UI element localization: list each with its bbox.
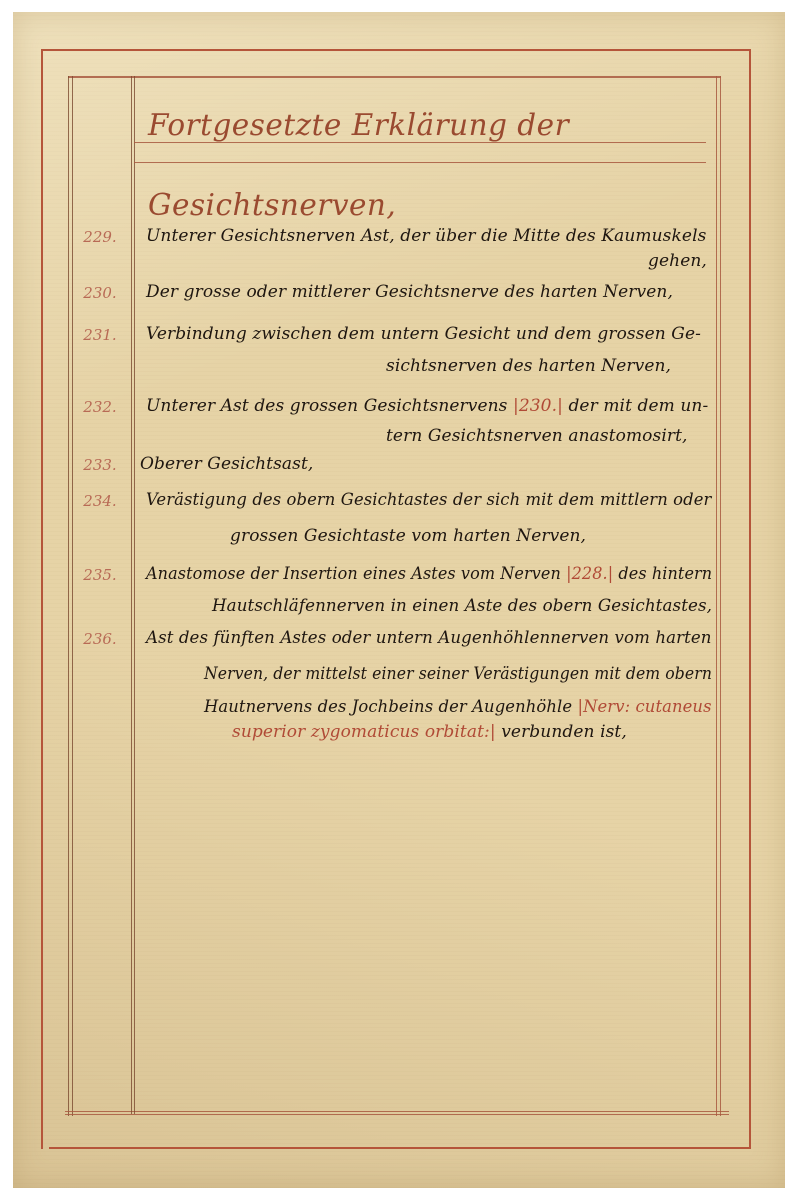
entry-number-233: 233.: [72, 456, 128, 474]
entry-232-line-1: Unterer Ast des grossen Gesichtsnervens …: [146, 396, 708, 416]
inner-border-left-a: [68, 76, 69, 1116]
cross-reference-230: |230.|: [513, 396, 563, 416]
entry-234-line-2: grossen Gesichtaste vom harten Nerven,: [230, 526, 586, 546]
entry-236-line-3: Hautnervens des Jochbeins der Augenhöhle…: [204, 697, 712, 717]
inner-border-right-a: [716, 76, 717, 1116]
inner-border-bottom-b: [65, 1114, 729, 1115]
number-column-divider-a: [131, 76, 132, 1114]
entry-231-line-1: Verbindung zwischen dem untern Gesicht u…: [146, 324, 701, 344]
entry-number-232: 232.: [72, 398, 128, 416]
entry-number-234: 234.: [72, 492, 128, 510]
entry-231-line-2: sichtsnerven des harten Nerven,: [386, 356, 671, 376]
entry-229-line-1: Unterer Gesichtsnerven Ast, der über die…: [146, 226, 706, 246]
entry-232-line-2: tern Gesichtsnerven anastomosirt,: [386, 426, 688, 446]
entry-229-line-2: gehen,: [648, 251, 707, 271]
entry-235-text-a: Anastomose der Insertion eines Astes vom…: [146, 564, 561, 584]
entry-235-line-1: Anastomose der Insertion eines Astes vom…: [146, 564, 712, 584]
entry-236-line-1: Ast des fünften Astes oder untern Augenh…: [146, 628, 712, 648]
outer-border-bottom: [49, 1147, 750, 1149]
entry-number-229: 229.: [72, 228, 128, 246]
outer-border-left: [41, 49, 43, 1149]
entry-235-line-2: Hautschläfennerven in einen Aste des obe…: [212, 596, 712, 616]
entry-number-235: 235.: [72, 566, 128, 584]
entry-number-230: 230.: [72, 284, 128, 302]
inner-border-top: [68, 76, 721, 78]
number-column-divider-b: [134, 76, 135, 1114]
latin-annotation-part-1: |Nerv: cutaneus: [577, 697, 711, 717]
entry-number-231: 231.: [72, 326, 128, 344]
entry-234-line-1: Verästigung des obern Gesichtastes der s…: [146, 490, 711, 510]
entry-236-text-a: Hautnervens des Jochbeins der Augenhöhle: [204, 697, 572, 717]
entry-232-text-b: der mit dem un-: [568, 396, 708, 416]
outer-border-right: [749, 49, 751, 1149]
entry-233-line-1: Oberer Gesichtsast,: [140, 454, 313, 474]
entry-number-236: 236.: [72, 630, 128, 648]
entry-232-text-a: Unterer Ast des grossen Gesichtsnervens: [146, 396, 508, 416]
cross-reference-228: |228.|: [566, 564, 613, 584]
entry-236-text-b: verbunden ist,: [501, 722, 627, 742]
inner-border-bottom-a: [65, 1111, 729, 1112]
outer-border-top: [41, 49, 751, 51]
page-title: Fortgesetzte Erklärung der Gesichtsnerve…: [148, 86, 708, 166]
entry-235-text-b: des hintern: [618, 564, 712, 584]
latin-annotation-part-2: superior zygomaticus orbitat:|: [232, 722, 496, 742]
entry-236-line-2: Nerven, der mittelst einer seiner Veräst…: [204, 664, 712, 684]
entry-236-line-4: superior zygomaticus orbitat:| verbunden…: [232, 722, 627, 742]
entry-230-line-1: Der grosse oder mittlerer Gesichtsnerve …: [146, 282, 673, 302]
inner-border-right-b: [720, 76, 721, 1116]
